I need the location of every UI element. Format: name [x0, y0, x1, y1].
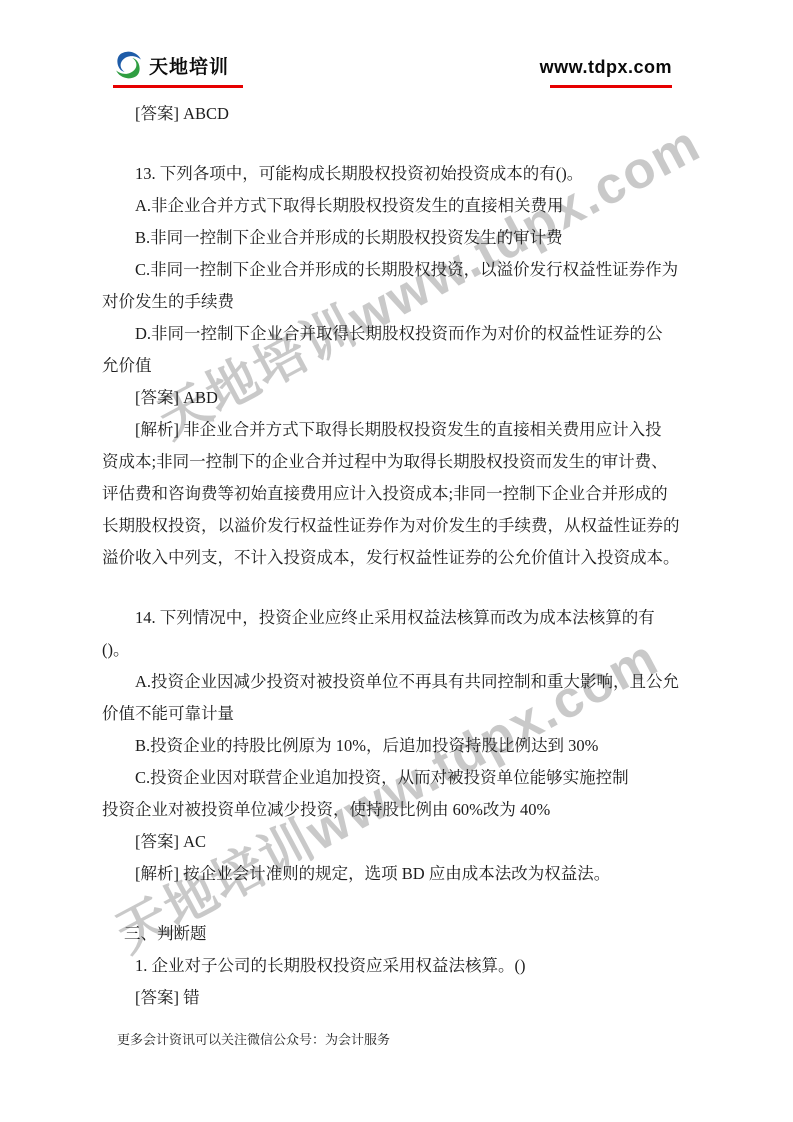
text-line: C.非同一控制下企业合并形成的长期股权投资，以溢价发行权益性证券作为 [102, 254, 688, 286]
document-body: [答案] ABCD13. 下列各项中，可能构成长期股权投资初始投资成本的有()。… [102, 98, 688, 1014]
text-line: D.非同一控制下企业合并取得长期股权投资而作为对价的权益性证券的公 [102, 318, 688, 350]
text-line: 长期股权投资，以溢价发行权益性证券作为对价发生的手续费，从权益性证券的 [102, 510, 688, 542]
text-line: 1. 企业对子公司的长期股权投资应采用权益法核算。() [102, 950, 688, 982]
text-line: [答案] ABD [102, 382, 688, 414]
text-line: 14. 下列情况中，投资企业应终止采用权益法核算而改为成本法核算的有 [102, 602, 688, 634]
text-line: C.投资企业因对联营企业追加投资，从而对被投资单位能够实施控制 [102, 762, 688, 794]
text-line: [答案] 错 [102, 982, 688, 1014]
swirl-logo-icon [113, 51, 144, 79]
text-line: [答案] ABCD [102, 98, 688, 130]
text-line: [解析] 按企业会计准则的规定，选项 BD 应由成本法改为权益法。 [102, 858, 688, 890]
document-page: 天地培训www.tdpx.com 天地培训www.tdpx.com 天地培训 w… [0, 0, 793, 1122]
text-line: ()。 [102, 634, 688, 666]
brand-name: 天地培训 [149, 52, 229, 79]
footer-note: 更多会计资讯可以关注微信公众号：为会计服务 [117, 1029, 390, 1048]
text-line: 允价值 [102, 350, 688, 382]
text-line: 评估费和咨询费等初始直接费用应计入投资成本;非同一控制下企业合并形成的 [102, 478, 688, 510]
text-line: A.投资企业因减少投资对被投资单位不再具有共同控制和重大影响，且公允 [102, 666, 688, 698]
text-line: 投资企业对被投资单位减少投资，使持股比例由 60%改为 40% [102, 794, 688, 826]
text-line: 溢价收入中列支，不计入投资成本，发行权益性证券的公允价值计入投资成本。 [102, 542, 688, 574]
text-line: [解析] 非企业合并方式下取得长期股权投资发生的直接相关费用应计入投 [102, 414, 688, 446]
brand-logo: 天地培训 [113, 51, 229, 79]
text-line: 资成本;非同一控制下的企业合并过程中为取得长期股权投资而发生的审计费、 [102, 446, 688, 478]
text-line: A.非企业合并方式下取得长期股权投资发生的直接相关费用 [102, 190, 688, 222]
text-line: 对价发生的手续费 [102, 286, 688, 318]
text-line: 13. 下列各项中，可能构成长期股权投资初始投资成本的有()。 [102, 158, 688, 190]
site-url: www.tdpx.com [540, 57, 672, 78]
text-line: [答案] AC [102, 826, 688, 858]
header-rule-right [550, 85, 672, 88]
text-line: 三、判断题 [102, 918, 688, 950]
page-header: 天地培训 www.tdpx.com [0, 0, 793, 96]
text-line: B.非同一控制下企业合并形成的长期股权投资发生的审计费 [102, 222, 688, 254]
text-line: B.投资企业的持股比例原为 10%，后追加投资持股比例达到 30% [102, 730, 688, 762]
header-rule-left [113, 85, 243, 88]
text-line: 价值不能可靠计量 [102, 698, 688, 730]
